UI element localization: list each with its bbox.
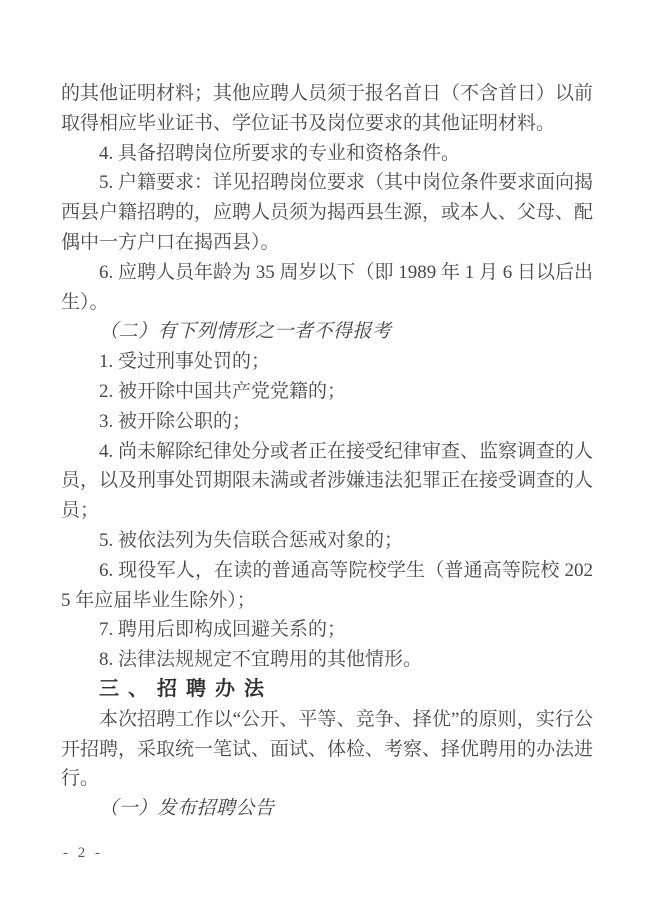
subsection-heading-2: （二）有下列情形之一者不得报考 <box>61 317 593 347</box>
disqualification-item-1: 1. 受过刑事处罚的； <box>61 347 593 377</box>
document-content: 的其他证明材料；其他应聘人员须于报名首日（不含首日）以前取得相应毕业证书、学位证… <box>61 79 593 824</box>
body-paragraph-method: 本次招聘工作以“公开、平等、竞争、择优”的原则，实行公开招聘，采取统一笔试、面试… <box>61 705 593 794</box>
disqualification-item-4: 4. 尚未解除纪律处分或者正在接受纪律审查、监察调查的人员，以及刑事处罚期限未满… <box>61 437 593 526</box>
disqualification-item-5: 5. 被依法列为失信联合惩戒对象的； <box>61 526 593 556</box>
document-page: 的其他证明材料；其他应聘人员须于报名首日（不含首日）以前取得相应毕业证书、学位证… <box>0 0 650 919</box>
disqualification-item-6: 6. 现役军人，在读的普通高等院校学生（普通高等院校 2025 年应届毕业生除外… <box>61 556 593 616</box>
condition-item-5: 5. 户籍要求：详见招聘岗位要求（其中岗位条件要求面向揭西县户籍招聘的，应聘人员… <box>61 168 593 257</box>
body-paragraph-continued: 的其他证明材料；其他应聘人员须于报名首日（不含首日）以前取得相应毕业证书、学位证… <box>61 79 593 139</box>
condition-item-6: 6. 应聘人员年龄为 35 周岁以下（即 1989 年 1 月 6 日以后出生）… <box>61 258 593 318</box>
disqualification-item-8: 8. 法律法规规定不宜聘用的其他情形。 <box>61 645 593 675</box>
section-heading-3: 三、招聘办法 <box>61 675 593 705</box>
disqualification-item-7: 7. 聘用后即构成回避关系的； <box>61 615 593 645</box>
disqualification-item-2: 2. 被开除中国共产党党籍的； <box>61 377 593 407</box>
page-number: - 2 - <box>63 845 103 862</box>
condition-item-4: 4. 具备招聘岗位所要求的专业和资格条件。 <box>61 139 593 169</box>
disqualification-item-3: 3. 被开除公职的； <box>61 407 593 437</box>
subsection-heading-1: （一）发布招聘公告 <box>61 794 593 824</box>
